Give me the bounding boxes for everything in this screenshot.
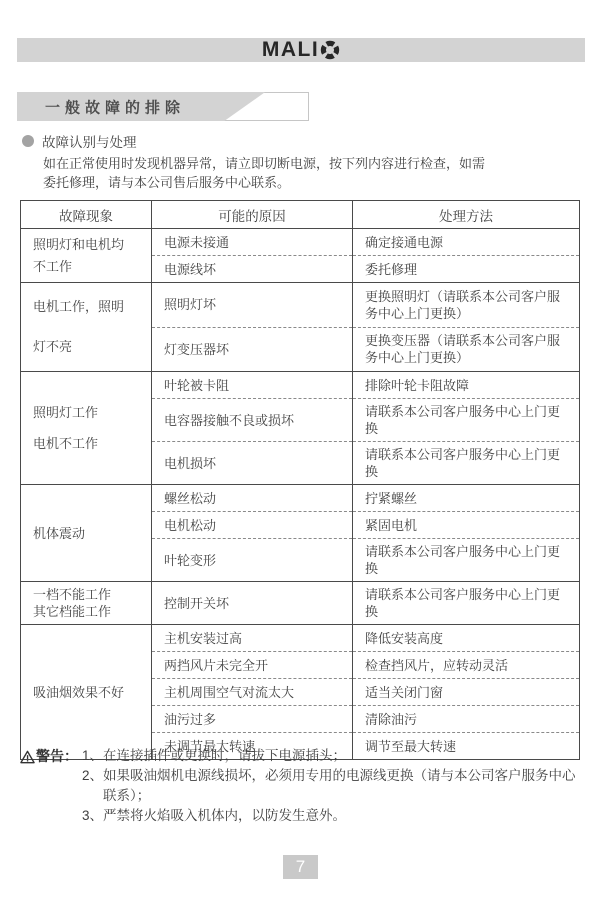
solution-cell: 更换变压器（请联系本公司客户服务中心上门更换） [353,327,580,372]
warning-label-row: 警告： [20,746,78,766]
solution-cell: 更换照明灯（请联系本公司客户服务中心上门更换） [353,283,580,328]
table-row: 电机工作，照明 灯不亮照明灯坏更换照明灯（请联系本公司客户服务中心上门更换） [21,283,580,328]
warning-triangle-icon [20,750,35,764]
solution-cell: 清除油污 [353,706,580,733]
troubleshooting-table: 故障现象 可能的原因 处理方法 照明灯和电机均 不工作电源未接通确定接通电源电源… [20,200,580,760]
column-header-solution: 处理方法 [353,201,580,229]
table-row: 照明灯工作 电机不工作叶轮被卡阻排除叶轮卡阻故障 [21,372,580,399]
possible-cause-cell: 电源线坏 [152,256,353,283]
logo-text: MALI [262,38,319,62]
fault-phenomenon-cell: 电机工作，照明 灯不亮 [21,283,152,372]
possible-cause-cell: 油污过多 [152,706,353,733]
solution-cell: 请联系本公司客户服务中心上门更换 [353,539,580,582]
possible-cause-cell: 电机松动 [152,512,353,539]
circle-bullet-icon [22,135,34,147]
page-number-badge: 7 [283,855,318,879]
warning-item: 3、严禁将火焰吸入机体内，以防发生意外。 [82,806,582,826]
warning-items: 1、在连接插件或更换时，请拔下电源插头；2、如果吸油烟机电源线损坏，必须用专用的… [82,746,582,826]
warning-item: 2、如果吸油烟机电源线损坏，必须用专用的电源线更换（请与本公司客户服务中心联系）… [82,766,582,806]
possible-cause-cell: 电源未接通 [152,229,353,256]
intro-block: 故障认别与处理 如在正常使用时发现机器异常，请立即切断电源，按下列内容进行检查，… [22,131,582,192]
column-header-phenomenon: 故障现象 [21,201,152,229]
warning-label: 警告： [36,746,78,766]
possible-cause-cell: 灯变压器坏 [152,327,353,372]
warning-item: 1、在连接插件或更换时，请拔下电源插头； [82,746,582,766]
solution-cell: 拧紧螺丝 [353,485,580,512]
solution-cell: 紧固电机 [353,512,580,539]
possible-cause-cell: 照明灯坏 [152,283,353,328]
column-header-cause: 可能的原因 [152,201,353,229]
section-header-banner: 一般故障的排除 [17,92,309,121]
fault-phenomenon-cell: 机体震动 [21,485,152,582]
warning-section: 警告： 1、在连接插件或更换时，请拔下电源插头；2、如果吸油烟机电源线损坏，必须… [20,746,586,826]
intro-heading: 故障认别与处理 [42,131,137,151]
fault-phenomenon-cell: 一档不能工作 其它档能工作 [21,582,152,625]
solution-cell: 确定接通电源 [353,229,580,256]
fault-phenomenon-cell: 吸油烟效果不好 [21,625,152,760]
possible-cause-cell: 两挡风片未完全开 [152,652,353,679]
table-row: 一档不能工作 其它档能工作控制开关坏请联系本公司客户服务中心上门更换 [21,582,580,625]
table-row: 机体震动螺丝松动拧紧螺丝 [21,485,580,512]
section-title: 一般故障的排除 [45,96,185,117]
brand-logo: MALI [262,38,340,62]
solution-cell: 委托修理 [353,256,580,283]
table-row: 吸油烟效果不好主机安装过高降低安装高度 [21,625,580,652]
solution-cell: 请联系本公司客户服务中心上门更换 [353,442,580,485]
table-row: 照明灯和电机均 不工作电源未接通确定接通电源 [21,229,580,256]
intro-paragraph: 如在正常使用时发现机器异常，请立即切断电源，按下列内容进行检查，如需 委托修理，… [43,154,582,192]
solution-cell: 请联系本公司客户服务中心上门更换 [353,582,580,625]
logo-bar: MALI [17,38,585,62]
solution-cell: 排除叶轮卡阻故障 [353,372,580,399]
intro-heading-row: 故障认别与处理 [22,131,582,151]
possible-cause-cell: 叶轮变形 [152,539,353,582]
solution-cell: 适当关闭门窗 [353,679,580,706]
solution-cell: 降低安装高度 [353,625,580,652]
possible-cause-cell: 叶轮被卡阻 [152,372,353,399]
possible-cause-cell: 控制开关坏 [152,582,353,625]
possible-cause-cell: 电容器接触不良或损坏 [152,399,353,442]
possible-cause-cell: 主机周围空气对流太大 [152,679,353,706]
shutter-o-icon [320,40,340,60]
possible-cause-cell: 螺丝松动 [152,485,353,512]
table-header-row: 故障现象 可能的原因 处理方法 [21,201,580,229]
possible-cause-cell: 主机安装过高 [152,625,353,652]
fault-phenomenon-cell: 照明灯工作 电机不工作 [21,372,152,485]
possible-cause-cell: 电机损坏 [152,442,353,485]
solution-cell: 请联系本公司客户服务中心上门更换 [353,399,580,442]
solution-cell: 检查挡风片，应转动灵活 [353,652,580,679]
fault-phenomenon-cell: 照明灯和电机均 不工作 [21,229,152,283]
